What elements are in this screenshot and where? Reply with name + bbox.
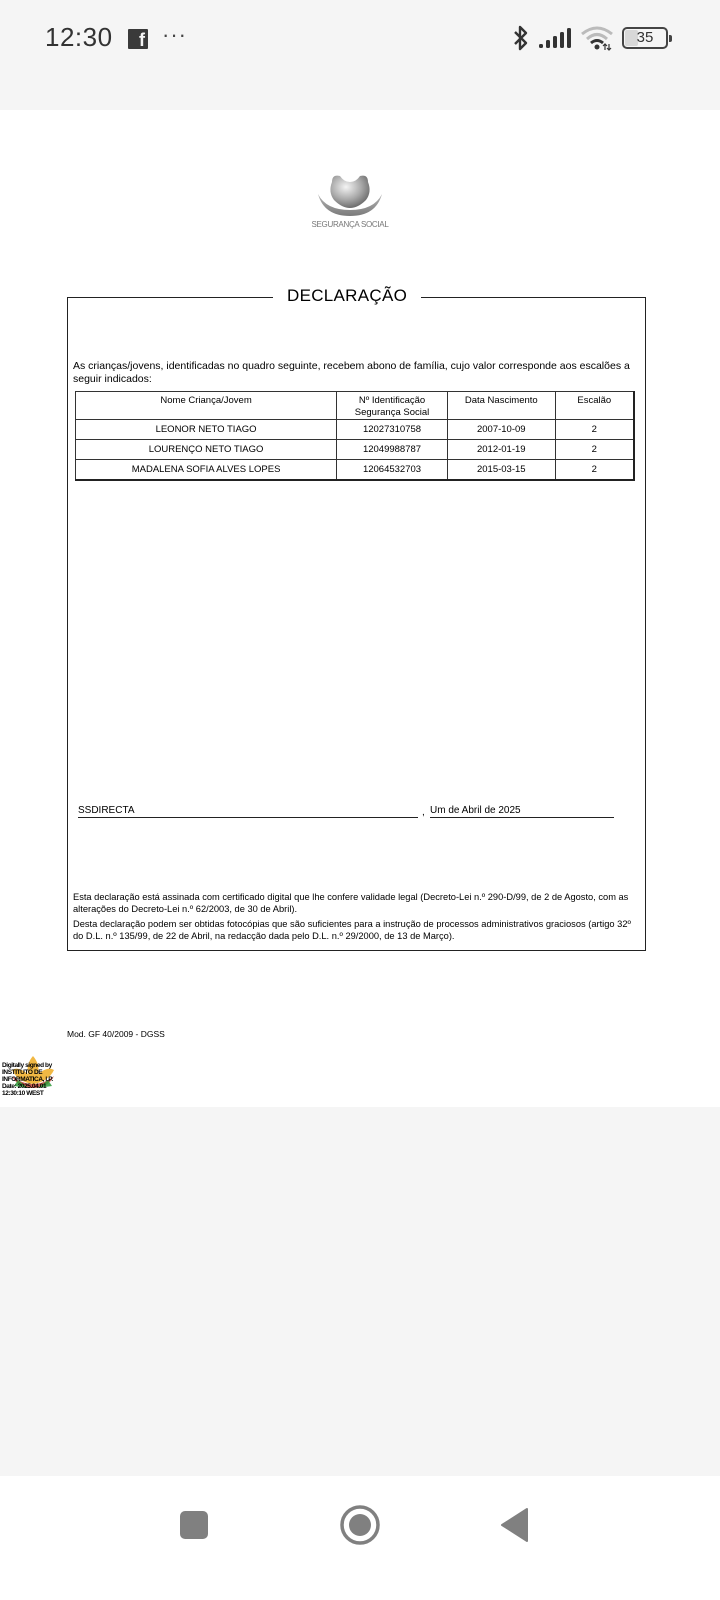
header-ss-id: Nº Identificação Segurança Social [337, 392, 448, 420]
children-table: Nome Criança/Jovem Nº Identificação Segu… [75, 391, 635, 481]
cell-birth-date: 2015-03-15 [447, 460, 555, 480]
back-button[interactable] [490, 1500, 540, 1550]
model-code: Mod. GF 40/2009 - DGSS [67, 1029, 165, 1039]
digital-signature-stamp[interactable]: Digitally signed by INSTITUTO DE INFORMA… [0, 1054, 70, 1100]
cell-ss-id: 12049988787 [337, 440, 448, 460]
seguranca-social-logo: SEGURANÇA SOCIAL [310, 172, 390, 232]
declaration-title: DECLARAÇÃO [273, 286, 421, 306]
home-button[interactable] [335, 1500, 385, 1550]
home-circle-icon [339, 1504, 381, 1546]
cell-birth-date: 2007-10-09 [447, 420, 555, 440]
table-row: LOURENÇO NETO TIAGO 12049988787 2012-01-… [76, 440, 635, 460]
back-triangle-icon [499, 1507, 531, 1543]
logo-emblem-icon [310, 172, 390, 220]
logo-text: SEGURANÇA SOCIAL [310, 220, 390, 229]
cell-name: LOURENÇO NETO TIAGO [76, 440, 337, 460]
legal-notes: Esta declaração está assinada com certif… [73, 892, 641, 942]
cell-ss-id: 12027310758 [337, 420, 448, 440]
cell-escalao: 2 [555, 460, 634, 480]
table-row: LEONOR NETO TIAGO 12027310758 2007-10-09… [76, 420, 635, 440]
battery-level: 35 [637, 29, 654, 46]
declaration-intro: As crianças/jovens, identificadas no qua… [73, 360, 641, 385]
document-page: SEGURANÇA SOCIAL DECLARAÇÃO As crianças/… [0, 110, 720, 1107]
cell-birth-date: 2012-01-19 [447, 440, 555, 460]
digital-signature-text: Digitally signed by INSTITUTO DE INFORMA… [2, 1062, 53, 1097]
header-name: Nome Criança/Jovem [76, 392, 337, 420]
cell-name: LEONOR NETO TIAGO [76, 420, 337, 440]
legal-note-photocopies: Desta declaração podem ser obtidas fotoc… [73, 919, 641, 942]
more-notifications-icon: ··· [162, 22, 187, 48]
status-time: 12:30 [45, 22, 113, 53]
facebook-icon: f [128, 29, 148, 49]
header-birth-date: Data Nascimento [447, 392, 555, 420]
legal-note-signature: Esta declaração está assinada com certif… [73, 892, 641, 915]
table-header-row: Nome Criança/Jovem Nº Identificação Segu… [76, 392, 635, 420]
wifi-icon [580, 25, 614, 51]
issue-date-line: Um de Abril de 2025 [430, 805, 614, 818]
bluetooth-icon [512, 24, 530, 52]
system-status-icons: 35 [512, 24, 668, 52]
declaration-box: DECLARAÇÃO As crianças/jovens, identific… [67, 297, 646, 951]
status-bar: 12:30 f ··· 35 [0, 0, 720, 110]
cell-ss-id: 12064532703 [337, 460, 448, 480]
cellular-signal-icon [538, 27, 572, 49]
issuer-line: SSDIRECTA [78, 805, 418, 818]
battery-icon: 35 [622, 27, 668, 49]
header-escalao: Escalão [555, 392, 634, 420]
recents-button[interactable] [169, 1500, 219, 1550]
signature-separator: , [422, 807, 425, 818]
cell-escalao: 2 [555, 440, 634, 460]
table-row: MADALENA SOFIA ALVES LOPES 12064532703 2… [76, 460, 635, 480]
navigation-bar [0, 1476, 720, 1600]
cell-escalao: 2 [555, 420, 634, 440]
recents-square-icon [179, 1510, 209, 1540]
cell-name: MADALENA SOFIA ALVES LOPES [76, 460, 337, 480]
